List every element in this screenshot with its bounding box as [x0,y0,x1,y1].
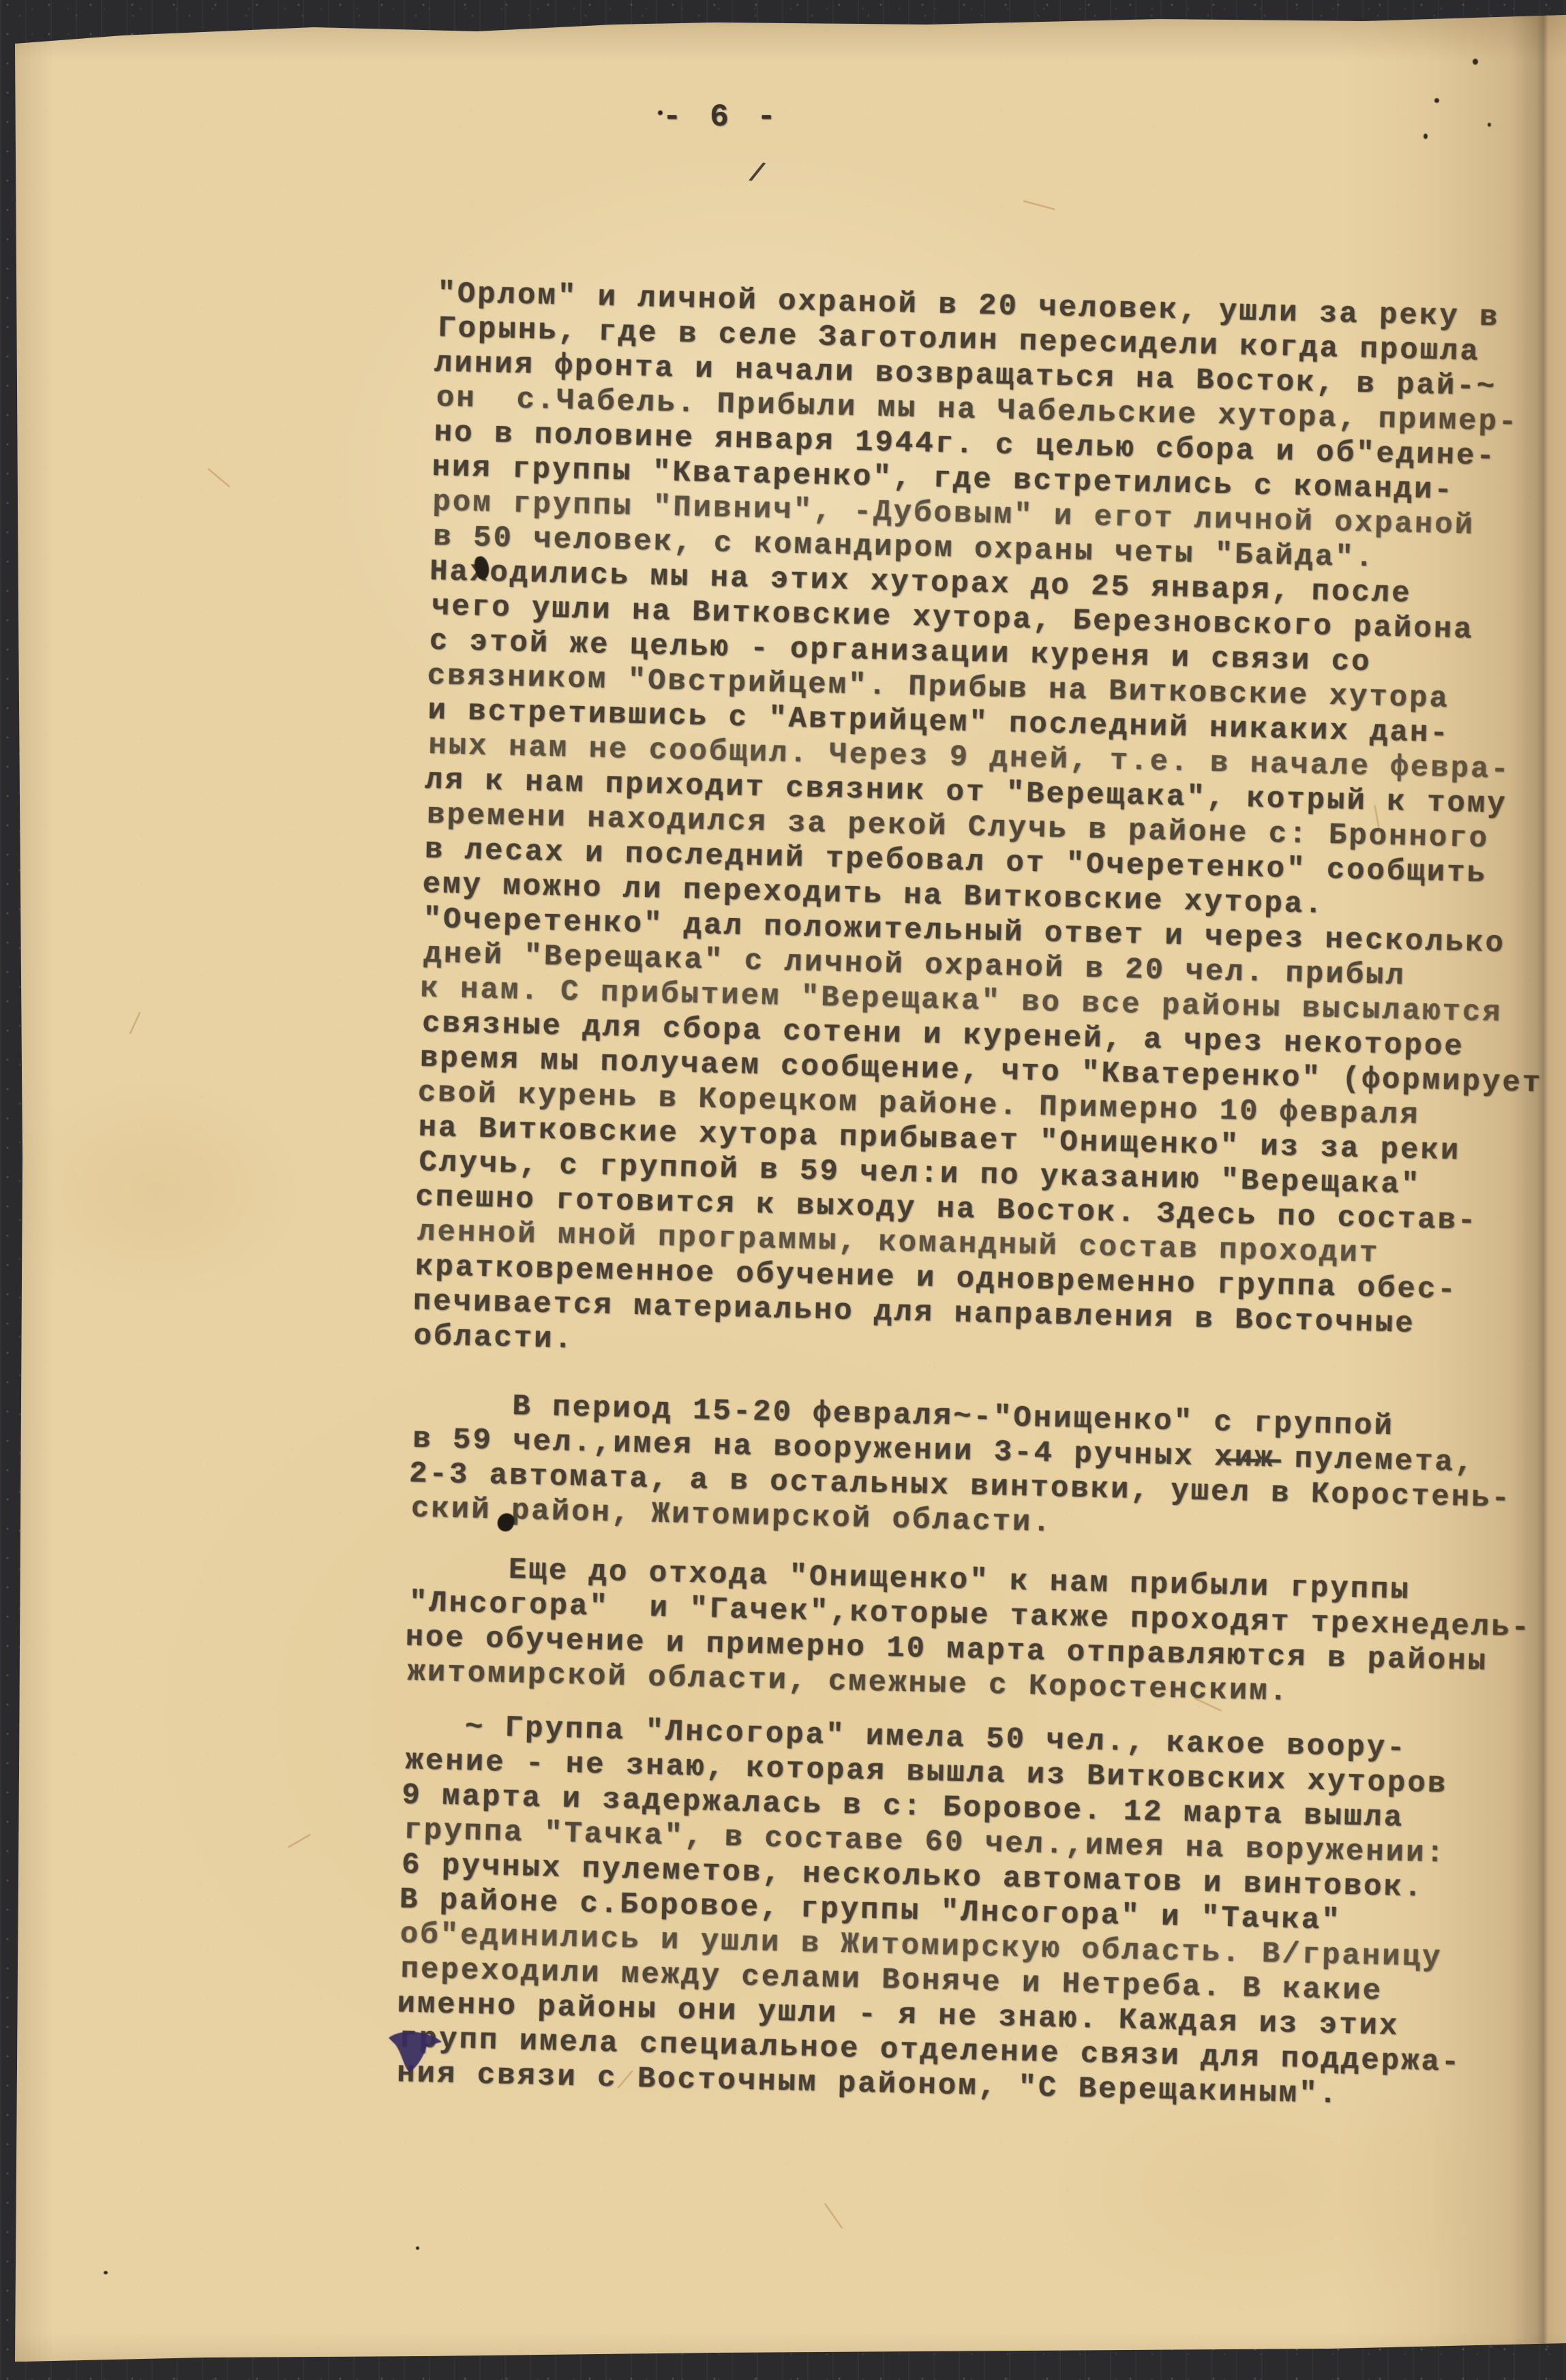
dirt-speck [658,110,663,115]
page-number: - 6 - [663,100,781,135]
paper-fiber [824,2203,843,2229]
pen-tick-mark: / [746,158,767,191]
dirt-speck [1434,98,1439,103]
paragraph: В период 15-20 февраля~-"Онищенко" с гру… [409,1388,1566,1553]
paper-fiber [129,1011,140,1034]
paragraph: "Орлом" и личной охраной в 20 человек, у… [413,277,1566,1380]
document-page: - 6 - / "Орлом" и личной охраной в 20 че… [0,0,1566,2380]
paragraph: Еще до отхода "Онищенко" к нам прибыли г… [406,1551,1566,1717]
dirt-speck [1424,134,1428,139]
paper-fiber [1023,200,1055,210]
scanned-page-background: { "page": { "number_label": "- 6 -", "ti… [0,0,1566,2380]
purple-ink-stain [387,2028,445,2076]
dirt-speck [416,2246,419,2250]
paragraph: ~ Группа "Лнсогора" имела 50 чел., какое… [397,1709,1564,2117]
dirt-speck [1488,123,1491,127]
typed-text: "Орлом" и личной охраной в 20 человек, у… [397,277,1566,2118]
paper-fiber [207,468,230,488]
dirt-speck [1473,59,1478,65]
dirt-speck [104,2271,108,2274]
paper-fiber [288,1834,311,1848]
